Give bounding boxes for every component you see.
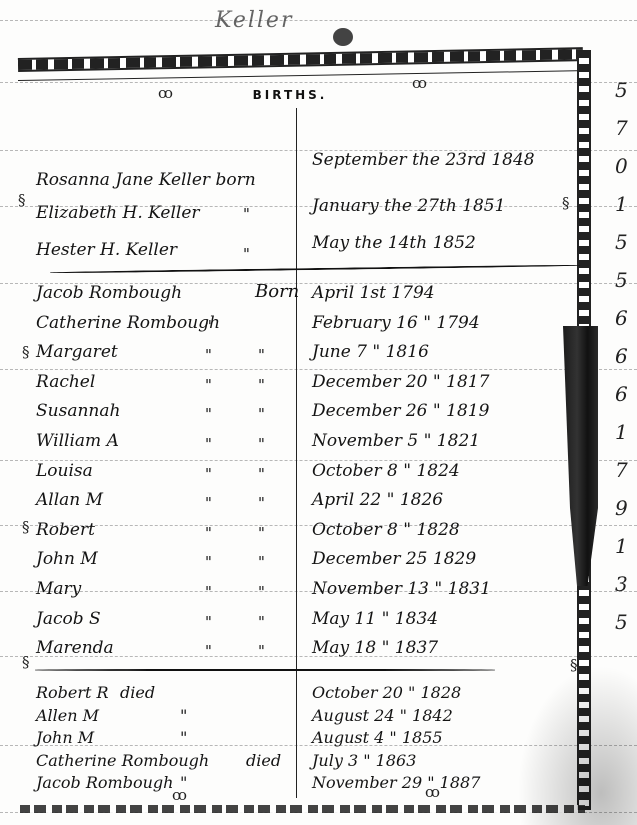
margin-number: 1 [615,192,628,216]
ditto-mark: " [205,494,212,512]
keller-name-0: Rosanna Jane Keller born [36,170,256,190]
margin-number: 6 [615,306,628,330]
ditto-mark: " [258,465,265,483]
margin-number: 5 [615,610,628,634]
birth-date: December 26 " 1819 [312,401,489,421]
death-date: July 3 " 1863 [312,751,416,770]
birth-name: Mary [36,579,81,599]
keller-date-0: September the 23rd 1848 [312,150,535,170]
death-date: August 24 " 1842 [312,706,453,725]
ditto-mark: " [243,205,250,223]
ditto-mark: " [258,613,265,631]
birth-date: October 8 " 1828 [312,520,460,540]
keller-date-2: May the 14th 1852 [312,233,476,253]
birth-date: February 16 " 1794 [312,313,480,333]
birth-name: Allan M [36,490,103,510]
ditto-mark: " [205,405,212,423]
birth-name: Jacob S [36,609,101,629]
death-date: October 20 " 1828 [312,683,461,702]
scroll-ornament-icon: § [22,345,30,360]
born-label: Born [255,281,299,302]
ditto-mark: " [258,346,265,364]
scroll-ornament-icon: § [22,655,30,670]
margin-number: 1 [615,534,628,558]
ditto-mark: " [205,346,212,364]
margin-number: 6 [615,344,628,368]
birth-name: Rachel [36,372,95,392]
keller-name-2: Hester H. Keller [36,240,177,260]
scroll-ornament-icon: § [18,193,26,208]
birth-date: April 1st 1794 [312,283,435,303]
margin-number: 0 [615,154,628,178]
ditto-mark: " [258,524,265,542]
birth-date: June 7 " 1816 [312,342,429,362]
frame-top-border [18,47,583,72]
birth-date: December 20 " 1817 [312,372,489,392]
birth-date: December 25 1829 [312,549,476,569]
margin-number: 5 [615,78,628,102]
column-divider [296,108,297,798]
margin-number: 6 [615,382,628,406]
ditto-mark: " [258,642,265,660]
ditto-mark: " [258,583,265,601]
ditto-mark: " [258,553,265,571]
ditto-mark: " [205,435,212,453]
birth-name: Susannah [36,401,120,421]
top-scrawl: Keller [215,8,293,33]
death-note: " [180,706,187,725]
ink-blot [333,28,353,46]
keller-date-1: January the 27th 1851 [312,196,505,216]
ditto-mark: " [258,435,265,453]
ruled-line [0,369,637,370]
section-divider [35,669,495,671]
margin-number: 7 [615,116,628,140]
page-title: BIRTHS. [0,88,580,102]
ditto-mark: " [205,613,212,631]
birth-date: November 13 " 1831 [312,579,491,599]
binding-tape [563,326,598,586]
section-divider [50,264,580,273]
death-name: Allen M [36,706,99,725]
margin-number: 5 [615,268,628,292]
birth-name: John M [36,549,98,569]
ditto-mark: " [205,642,212,660]
frame-bottom-border [20,805,585,813]
ditto-mark: " [205,465,212,483]
ruled-line [0,82,637,83]
death-name: Jacob Rombough [36,773,173,792]
ruled-line [0,20,637,21]
birth-name: Catherine Rombough [36,313,220,333]
death-date: November 29 " 1887 [312,773,480,792]
birth-date: May 11 " 1834 [312,609,438,629]
birth-name: Robert [36,520,95,540]
document-page: Keller ꝏ ꝏ § § § § § § ꝏ ꝏ BIRTHS. Rosan… [0,0,637,825]
frame-inner-line [18,70,583,81]
birth-date: May 18 " 1837 [312,638,438,658]
margin-number: 9 [615,496,628,520]
birth-name: William A [36,431,119,451]
death-name: John M [36,728,94,747]
ditto-mark: " [205,553,212,571]
death-note: died [120,683,155,702]
margin-number: 5 [615,230,628,254]
death-name: Robert R [36,683,109,702]
death-note: " [180,773,187,792]
death-name: Catherine Rombough [36,751,209,770]
ditto-mark: " [243,245,250,263]
birth-name: Jacob Rombough [36,283,182,303]
scroll-ornament-icon: § [562,196,570,211]
birth-name: Margaret [36,342,118,362]
scroll-ornament-icon: § [22,520,30,535]
ditto-mark: " [258,405,265,423]
ditto-mark: " [205,376,212,394]
birth-name: Louisa [36,461,93,481]
death-note: died [246,751,281,770]
margin-number: 7 [615,458,628,482]
ditto-mark: " [205,524,212,542]
birth-date: October 8 " 1824 [312,461,460,481]
death-note: " [180,728,187,747]
page-stain [517,665,637,825]
death-date: August 4 " 1855 [312,728,443,747]
ditto-mark: " [258,376,265,394]
birth-date: April 22 " 1826 [312,490,443,510]
birth-name: Marenda [36,638,114,658]
margin-number: 1 [615,420,628,444]
keller-name-1: Elizabeth H. Keller [36,203,200,223]
ditto-mark: " [205,583,212,601]
ditto-mark: " [258,494,265,512]
birth-date: November 5 " 1821 [312,431,480,451]
ditto-mark: " [205,317,212,335]
margin-number: 3 [615,572,628,596]
